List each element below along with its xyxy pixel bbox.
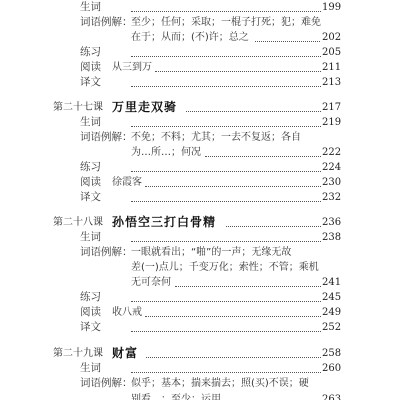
dot-leader	[131, 331, 321, 332]
page-number: 236	[322, 215, 340, 230]
page-number: 245	[322, 290, 340, 305]
dot-leader	[131, 171, 321, 172]
entry-label: 练习	[80, 290, 101, 305]
toc-entry-word-examples-cont[interactable]: 别看…；至少；运用 263	[0, 392, 400, 400]
entry-text: 徐霞客	[112, 175, 142, 190]
page-number: 260	[322, 361, 340, 376]
toc-entry-word-examples-cont[interactable]: 为…所…；何况 222	[0, 145, 400, 160]
dot-leader	[131, 241, 321, 242]
page-number: 263	[322, 392, 340, 400]
toc-entry-word-examples-cont2[interactable]: 无可奈何 241	[0, 275, 400, 290]
entry-text: 一眼就看出；“啪”的一声；无缘无故	[131, 245, 291, 260]
entry-label: 译文	[80, 75, 101, 90]
entry-text: 似乎；基本；揣来揣去；照(买)不误；硬	[131, 376, 309, 391]
toc-entry-translation[interactable]: 译文 252	[0, 320, 400, 335]
lesson-number: 第二十八课	[53, 215, 103, 230]
page-number: 224	[322, 160, 340, 175]
entry-continuation: 为…所…；何况	[131, 145, 201, 160]
entry-continuation: 无可奈何	[131, 275, 171, 290]
toc-entry-word-examples[interactable]: 词语例解： 不免；不料；尤其；一去不复返；各自	[0, 130, 400, 145]
entry-text: 收八戒	[112, 305, 142, 320]
entry-label: 生词	[80, 115, 101, 130]
toc-entry-exercises[interactable]: 练习 245	[0, 290, 400, 305]
dot-leader	[255, 41, 320, 42]
page-number: 230	[322, 175, 340, 190]
page-number: 217	[322, 100, 340, 115]
toc-entry-vocab[interactable]: 生词 219	[0, 115, 400, 130]
dot-leader	[131, 201, 321, 202]
page-number: 199	[322, 0, 340, 15]
toc-entry-word-examples[interactable]: 词语例解： 似乎；基本；揣来揣去；照(买)不误；硬	[0, 376, 400, 391]
page-number: 249	[322, 305, 340, 320]
dot-leader	[155, 71, 321, 72]
page-number: 252	[322, 320, 340, 335]
entry-label: 译文	[80, 320, 101, 335]
entry-label: 生词	[80, 0, 101, 15]
entry-continuation: 差(一)点儿；千变万化；索性；不管；乘机	[131, 260, 319, 275]
toc-entry-word-examples[interactable]: 词语例解： 一眼就看出；“啪”的一声；无缘无故	[0, 245, 400, 260]
dot-leader	[146, 357, 321, 358]
dot-leader	[175, 286, 321, 287]
toc-entry-vocab[interactable]: 生词 238	[0, 230, 400, 245]
toc-entry-reading[interactable]: 阅读 徐霞客 230	[0, 175, 400, 190]
dot-leader	[131, 372, 321, 373]
toc-entry-vocab[interactable]: 生词 260	[0, 361, 400, 376]
entry-label: 译文	[80, 190, 101, 205]
entry-continuation: 别看…；至少；运用	[131, 392, 221, 400]
page-number: 213	[322, 75, 340, 90]
dot-leader	[131, 86, 321, 87]
dot-leader	[186, 111, 321, 112]
entry-label: 阅读	[80, 60, 101, 75]
dot-leader	[131, 126, 321, 127]
toc-entry-translation[interactable]: 译文 232	[0, 190, 400, 205]
page-number: 258	[322, 346, 340, 361]
toc-entry-word-examples-cont[interactable]: 差(一)点儿；千变万化；索性；不管；乘机	[0, 260, 400, 275]
lesson-title: 财富	[112, 346, 138, 361]
lesson-title: 万里走双骑	[112, 100, 177, 115]
entry-text: 从三到万	[112, 60, 152, 75]
page-number: 238	[322, 230, 340, 245]
entry-label: 练习	[80, 45, 101, 60]
entry-label: 词语例解：	[80, 376, 133, 391]
dot-leader	[131, 11, 321, 12]
lesson-number: 第二十九课	[53, 346, 103, 361]
toc-entry-reading[interactable]: 阅读 从三到万 211	[0, 60, 400, 75]
page-number: 211	[322, 60, 340, 75]
page-number: 202	[322, 30, 340, 45]
toc-entry-vocab[interactable]: 生词 199	[0, 0, 400, 15]
entry-text: 至少；任何；采取；一棍子打死；犯；难免	[131, 15, 321, 30]
entry-label: 阅读	[80, 175, 101, 190]
dot-leader	[131, 301, 321, 302]
toc-entry-exercises[interactable]: 练习 224	[0, 160, 400, 175]
page-number: 232	[322, 190, 340, 205]
toc-entry-reading[interactable]: 阅读 收八戒 249	[0, 305, 400, 320]
dot-leader	[145, 316, 321, 317]
toc-entry-word-examples-cont[interactable]: 在于；从而；(不)许；总之 202	[0, 30, 400, 45]
toc-entry-exercises[interactable]: 练习 205	[0, 45, 400, 60]
dot-leader	[145, 186, 321, 187]
dot-leader	[131, 56, 321, 57]
entry-label: 词语例解：	[80, 245, 133, 260]
entry-continuation: 在于；从而；(不)许；总之	[131, 30, 249, 45]
page-number: 219	[322, 115, 340, 130]
entry-label: 练习	[80, 160, 101, 175]
toc-entry-translation[interactable]: 译文 213	[0, 75, 400, 90]
dot-leader	[226, 226, 321, 227]
table-of-contents-page: 生词 199 词语例解： 至少；任何；采取；一棍子打死；犯；难免 在于；从而；(…	[0, 0, 400, 400]
entry-label: 阅读	[80, 305, 101, 320]
page-number: 222	[322, 145, 340, 160]
dot-leader	[205, 156, 321, 157]
page-number: 205	[322, 45, 340, 60]
entry-label: 生词	[80, 230, 101, 245]
entry-label: 词语例解：	[80, 15, 133, 30]
entry-label: 词语例解：	[80, 130, 133, 145]
toc-entry-word-examples[interactable]: 词语例解： 至少；任何；采取；一棍子打死；犯；难免	[0, 15, 400, 30]
page-number: 241	[322, 275, 340, 290]
entry-text: 不免；不料；尤其；一去不复返；各自	[131, 130, 301, 145]
lesson-number: 第二十七课	[53, 100, 103, 115]
entry-label: 生词	[80, 361, 101, 376]
lesson-title: 孙悟空三打白骨精	[112, 215, 216, 230]
